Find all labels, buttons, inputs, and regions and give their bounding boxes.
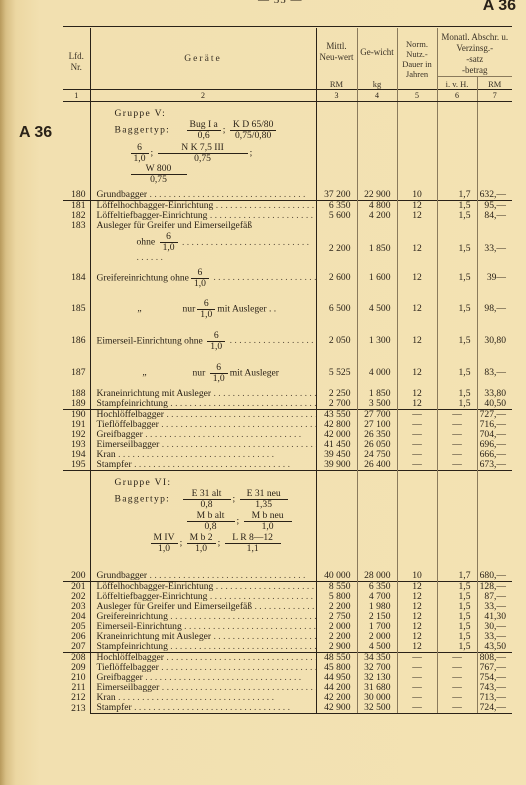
row-betrag: 98,— — [477, 293, 512, 325]
group6-type-label: Baggertyp: — [115, 494, 171, 505]
group5-title: Gruppe V: — [115, 108, 314, 119]
table-row: 195 Stampfer 39 900 26 400 — — 673,— — [63, 460, 512, 471]
row-satz: — — [437, 683, 477, 693]
type-fraction: E 31 alt0,8 — [183, 489, 231, 510]
row-description-line1: Ausleger für Greifer und Eimerseilgefäß — [97, 221, 314, 231]
row-gewicht: 4 700 — [357, 592, 397, 602]
section-tag-side: A 36 — [19, 124, 52, 142]
page-number: — 35 — — [258, 0, 303, 6]
row-description-pre: nur — [183, 303, 196, 314]
row-satz: 1,5 — [437, 263, 477, 293]
row-description: Kraneinrichtung mit Ausleger — [90, 389, 316, 399]
row-satz: 1,5 — [437, 201, 477, 212]
colnum-6: 6 — [437, 90, 477, 102]
type-fraction: Bug I a0,6 — [187, 120, 221, 141]
row-gewicht: 4 500 — [357, 293, 397, 325]
row-dauer: — — [397, 440, 437, 450]
table-row: 213 Stampfer 42 900 32 500 — — 724,— — [63, 703, 512, 714]
row-satz: 1,5 — [437, 592, 477, 602]
row-satz: 1,5 — [437, 221, 477, 263]
row-number: 180 — [63, 190, 90, 201]
row-gewicht: 26 050 — [357, 440, 397, 450]
fraction: 61,0 — [210, 363, 228, 384]
row-number: 193 — [63, 440, 90, 450]
group5-heading: Gruppe V: Baggertyp: Bug I a0,6; K D 65/… — [63, 102, 512, 191]
row-neuwert: 44 950 — [316, 673, 357, 683]
row-satz: 1,5 — [437, 582, 477, 593]
row-betrag: 632,— — [477, 190, 512, 201]
row-neuwert: 2 700 — [316, 399, 357, 410]
row-description: Stampfeinrichtung — [90, 399, 316, 410]
row-gewicht: 1 850 — [357, 221, 397, 263]
group6-heading: Gruppe VI: Baggertyp: E 31 alt0,8; E 31 … — [63, 471, 512, 572]
table-row: 212 Kran 42 200 30 000 — — 713,— — [63, 693, 512, 703]
row-description: Hochlöffelbagger — [90, 653, 316, 664]
row-dauer: — — [397, 420, 437, 430]
row-dauer: — — [397, 673, 437, 683]
row-description: Löffelhochbagger-Einrichtung — [90, 582, 316, 593]
header-neuwert: Mittl. Neu-wert — [316, 28, 357, 77]
row-neuwert: 44 200 — [316, 683, 357, 693]
row-description-post: mit Ausleger — [217, 303, 266, 314]
row-description-post: mit Ausleger — [230, 367, 279, 378]
row-number: 204 — [63, 612, 90, 622]
row-betrag: 33,— — [477, 602, 512, 612]
table-row: 204 Greifereinrichtung 2 750 2 150 12 1,… — [63, 612, 512, 622]
table-row: 209 Tieflöffelbagger 45 800 32 700 — — 7… — [63, 663, 512, 673]
row-description-text: Greifereinrichtung ohne — [97, 272, 189, 283]
row-number: 206 — [63, 632, 90, 642]
row-neuwert: 2 200 — [316, 221, 357, 263]
row-neuwert: 41 450 — [316, 440, 357, 450]
row-description: Eimerseilbagger — [90, 440, 316, 450]
row-satz: — — [437, 693, 477, 703]
table-row: 211 Eimerseilbagger 44 200 31 680 — — 74… — [63, 683, 512, 693]
fraction: 61,0 — [197, 299, 215, 320]
row-gewicht: 34 350 — [357, 653, 397, 664]
row-neuwert: 42 900 — [316, 703, 357, 714]
row-dauer: 12 — [397, 325, 437, 357]
table-row: 205 Eimerseil-Einrichtung 2 000 1 700 12… — [63, 622, 512, 632]
row-betrag: 83,— — [477, 357, 512, 389]
table-row: 189 Stampfeinrichtung 2 700 3 500 12 1,5… — [63, 399, 512, 410]
row-neuwert: 5 800 — [316, 592, 357, 602]
row-gewicht: 2 150 — [357, 612, 397, 622]
type-fraction: K D 65/800,75/0,80 — [230, 120, 277, 141]
header-betrag: -betrag — [456, 65, 494, 76]
row-betrag: 743,— — [477, 683, 512, 693]
colnum-1: 1 — [63, 90, 90, 102]
row-description: Tieflöffelbagger — [90, 663, 316, 673]
header-lfd-nr: Lfd. Nr. — [63, 28, 90, 90]
row-satz: 1,5 — [437, 622, 477, 632]
row-number: 185 — [63, 293, 90, 325]
row-betrag: 33,— — [477, 632, 512, 642]
row-satz: 1,5 — [437, 602, 477, 612]
row-satz: — — [437, 673, 477, 683]
row-neuwert: 39 900 — [316, 460, 357, 471]
row-description: „nur 61,0mit Ausleger — [90, 357, 316, 389]
table-row: 186 Eimerseil-Einrichtung ohne 61,0 2 05… — [63, 325, 512, 357]
row-gewicht: 1 850 — [357, 389, 397, 399]
row-number: 186 — [63, 325, 90, 357]
row-description: Löffelhochbagger-Einrichtung — [90, 201, 316, 212]
row-satz: — — [437, 653, 477, 664]
column-number-row: 1 2 3 4 5 6 7 — [63, 90, 512, 102]
row-number: 202 — [63, 592, 90, 602]
row-betrag: 673,— — [477, 460, 512, 471]
row-satz: 1,5 — [437, 642, 477, 653]
row-gewicht: 4 800 — [357, 201, 397, 212]
table-row: 190 Hochlöffelbagger 43 550 27 700 — — 7… — [63, 410, 512, 421]
row-number: 195 — [63, 460, 90, 471]
row-gewicht: 2 000 — [357, 632, 397, 642]
row-neuwert: 2 900 — [316, 642, 357, 653]
table-row: 191 Tieflöffelbagger 42 800 27 100 — — 7… — [63, 420, 512, 430]
row-betrag: 754,— — [477, 673, 512, 683]
row-neuwert: 45 800 — [316, 663, 357, 673]
row-dauer: 12 — [397, 389, 437, 399]
row-betrag: 43,50 — [477, 642, 512, 653]
row-satz: — — [437, 440, 477, 450]
row-neuwert: 5 600 — [316, 211, 357, 221]
row-satz: — — [437, 420, 477, 430]
row-description: „nur61,0mit Ausleger . . — [90, 293, 316, 325]
row-betrag: 724,— — [477, 703, 512, 714]
table-row: 203 Ausleger für Greifer und Eimerseilge… — [63, 602, 512, 612]
row-dauer: 12 — [397, 612, 437, 622]
table-row: 200 Grundbagger 40 000 28 000 10 1,7 680… — [63, 571, 512, 582]
table-row: 207 Stampfeinrichtung 2 900 4 500 12 1,5… — [63, 642, 512, 653]
row-betrag: 128,— — [477, 582, 512, 593]
row-number: 205 — [63, 622, 90, 632]
row-neuwert: 6 500 — [316, 293, 357, 325]
row-betrag: 33,— — [477, 221, 512, 263]
table-row: 181 Löffelhochbagger-Einrichtung 6 350 4… — [63, 201, 512, 212]
row-number: 191 — [63, 420, 90, 430]
row-betrag: 95,— — [477, 201, 512, 212]
row-description: Greifereinrichtung ohne61,0 — [90, 263, 316, 293]
row-number: 189 — [63, 399, 90, 410]
row-neuwert: 43 550 — [316, 410, 357, 421]
fraction: 61,0 — [191, 268, 209, 289]
row-number: 209 — [63, 663, 90, 673]
row-description: Löffeltiefbagger-Einrichtung — [90, 592, 316, 602]
table-row: 202 Löffeltiefbagger-Einrichtung 5 800 4… — [63, 592, 512, 602]
row-number: 190 — [63, 410, 90, 421]
equipment-table: Lfd. Nr. Geräte Mittl. Neu-wert Ge-wicht… — [63, 28, 512, 714]
row-neuwert: 42 800 — [316, 420, 357, 430]
table-row: 188 Kraneinrichtung mit Ausleger 2 250 1… — [63, 389, 512, 399]
header-satz: -satz — [456, 54, 494, 65]
row-gewicht: 4 500 — [357, 642, 397, 653]
row-number: 200 — [63, 571, 90, 582]
row-description: Ausleger für Greifer und Eimerseilgefäß … — [90, 221, 316, 263]
table-row: 180 Grundbagger 37 200 22 900 10 1,7 632… — [63, 190, 512, 201]
row-dauer: — — [397, 683, 437, 693]
row-number: 181 — [63, 201, 90, 212]
row-satz: — — [437, 460, 477, 471]
row-neuwert: 40 000 — [316, 571, 357, 582]
row-description: Löffeltiefbagger-Einrichtung — [90, 211, 316, 221]
row-satz: — — [437, 410, 477, 421]
group6-title: Gruppe VI: — [115, 477, 314, 488]
row-betrag: 39— — [477, 263, 512, 293]
unit-neuwert: RM — [316, 77, 357, 90]
row-dauer: 12 — [397, 632, 437, 642]
row-description: Hochlöffelbagger — [90, 410, 316, 421]
row-dauer: 10 — [397, 190, 437, 201]
row-description: Greifbagger — [90, 673, 316, 683]
row-satz: 1,5 — [437, 293, 477, 325]
row-dauer: 12 — [397, 399, 437, 410]
row-neuwert: 2 200 — [316, 632, 357, 642]
row-neuwert: 2 200 — [316, 602, 357, 612]
row-dauer: 12 — [397, 263, 437, 293]
type-fraction: 61,0 — [131, 143, 149, 164]
row-description: Eimerseilbagger — [90, 683, 316, 693]
row-neuwert: 42 200 — [316, 693, 357, 703]
row-number: 203 — [63, 602, 90, 612]
row-betrag: 40,50 — [477, 399, 512, 410]
row-number: 182 — [63, 211, 90, 221]
row-number: 183 — [63, 221, 90, 263]
table-row: 210 Greifbagger 44 950 32 130 — — 754,— — [63, 673, 512, 683]
row-gewicht: 26 400 — [357, 460, 397, 471]
row-gewicht: 1 700 — [357, 622, 397, 632]
type-fraction: M b alt0,8 — [187, 511, 235, 532]
row-gewicht: 32 130 — [357, 673, 397, 683]
row-neuwert: 2 750 — [316, 612, 357, 622]
row-description: Greifereinrichtung — [90, 612, 316, 622]
row-gewicht: 22 900 — [357, 190, 397, 201]
row-betrag: 727,— — [477, 410, 512, 421]
colnum-4: 4 — [357, 90, 397, 102]
row-satz: 1,5 — [437, 211, 477, 221]
unit-satz: i. v. H. — [437, 77, 477, 90]
row-number: 212 — [63, 693, 90, 703]
table-header-row: Lfd. Nr. Geräte Mittl. Neu-wert Ge-wicht… — [63, 28, 512, 77]
row-gewicht: 28 000 — [357, 571, 397, 582]
table-row: 182 Löffeltiefbagger-Einrichtung 5 600 4… — [63, 211, 512, 221]
top-rule — [63, 26, 512, 27]
row-gewicht: 6 350 — [357, 582, 397, 593]
ditto-mark: „ — [97, 304, 183, 314]
row-description-text: Eimerseil-Einrichtung ohne — [97, 335, 203, 346]
row-betrag: 716,— — [477, 420, 512, 430]
row-description: Grundbagger — [90, 190, 316, 201]
row-betrag: 666,— — [477, 450, 512, 460]
row-satz: 1,5 — [437, 632, 477, 642]
row-dauer: 12 — [397, 622, 437, 632]
row-number: 213 — [63, 703, 90, 714]
row-gewicht: 31 680 — [357, 683, 397, 693]
row-satz: 1,7 — [437, 190, 477, 201]
row-dauer: 12 — [397, 582, 437, 593]
header-geraete: Geräte — [90, 28, 316, 90]
header-gewicht: Ge-wicht — [357, 28, 397, 77]
row-betrag: 41,30 — [477, 612, 512, 622]
table-row: 208 Hochlöffelbagger 48 550 34 350 — — 8… — [63, 653, 512, 664]
row-satz: — — [437, 430, 477, 440]
row-number: 211 — [63, 683, 90, 693]
row-description-ohne: ohne — [137, 237, 156, 248]
row-dauer: 12 — [397, 642, 437, 653]
table-row: 183 Ausleger für Greifer und Eimerseilge… — [63, 221, 512, 263]
row-gewicht: 1 300 — [357, 325, 397, 357]
row-number: 210 — [63, 673, 90, 683]
row-dauer: — — [397, 460, 437, 471]
row-description: Stampfeinrichtung — [90, 642, 316, 653]
row-number: 188 — [63, 389, 90, 399]
row-number: 207 — [63, 642, 90, 653]
row-satz: 1,5 — [437, 389, 477, 399]
row-neuwert: 2 050 — [316, 325, 357, 357]
row-number: 187 — [63, 357, 90, 389]
table-row: 192 Greifbagger 42 000 26 350 — — 704,— — [63, 430, 512, 440]
row-betrag: 680,— — [477, 571, 512, 582]
type-fraction: M b neu1,0 — [244, 511, 292, 532]
row-satz: 1,7 — [437, 571, 477, 582]
row-gewicht: 30 000 — [357, 693, 397, 703]
row-gewicht: 27 700 — [357, 410, 397, 421]
row-dauer: 12 — [397, 201, 437, 212]
row-number: 194 — [63, 450, 90, 460]
row-gewicht: 32 700 — [357, 663, 397, 673]
row-description: Stampfer — [90, 703, 316, 714]
row-gewicht: 4 000 — [357, 357, 397, 389]
fraction: 61,0 — [207, 331, 225, 352]
row-satz: — — [437, 450, 477, 460]
colnum-5: 5 — [397, 90, 437, 102]
type-fraction: L R 8—121,1 — [225, 533, 281, 554]
row-description: Kraneinrichtung mit Ausleger — [90, 632, 316, 642]
table-row: 184 Greifereinrichtung ohne61,0 2 600 1 … — [63, 263, 512, 293]
type-fraction: W 8000,75 — [131, 164, 187, 185]
table-row: 206 Kraneinrichtung mit Ausleger 2 200 2… — [63, 632, 512, 642]
row-dauer: 12 — [397, 592, 437, 602]
row-dauer: 10 — [397, 571, 437, 582]
row-betrag: 84,— — [477, 211, 512, 221]
row-number: 192 — [63, 430, 90, 440]
row-neuwert: 2 250 — [316, 389, 357, 399]
row-dauer: — — [397, 703, 437, 714]
row-neuwert: 6 350 — [316, 201, 357, 212]
row-neuwert: 42 000 — [316, 430, 357, 440]
row-description: Ausleger für Greifer und Eimerseilgefäß — [90, 602, 316, 612]
row-satz: — — [437, 703, 477, 714]
row-dauer: — — [397, 693, 437, 703]
type-fraction: M b 21,0 — [187, 533, 216, 554]
row-betrag: 33,80 — [477, 389, 512, 399]
row-description: Kran — [90, 693, 316, 703]
row-neuwert: 2 600 — [316, 263, 357, 293]
row-gewicht: 27 100 — [357, 420, 397, 430]
row-neuwert: 48 550 — [316, 653, 357, 664]
row-description: Stampfer — [90, 460, 316, 471]
row-description: Greifbagger — [90, 430, 316, 440]
row-gewicht: 1 980 — [357, 602, 397, 612]
header-abschreibung-label: Monatl. Abschr. u. Verzinsg.- — [441, 32, 508, 53]
row-description: Eimerseil-Einrichtung ohne 61,0 — [90, 325, 316, 357]
table-row: 185 „nur61,0mit Ausleger . . 6 500 4 500… — [63, 293, 512, 325]
row-dauer: 12 — [397, 357, 437, 389]
row-betrag: 30,80 — [477, 325, 512, 357]
row-satz: — — [437, 663, 477, 673]
row-dauer: — — [397, 430, 437, 440]
row-dauer: 12 — [397, 602, 437, 612]
row-betrag: 696,— — [477, 440, 512, 450]
table-row: 194 Kran 39 450 24 750 — — 666,— — [63, 450, 512, 460]
row-dauer: 12 — [397, 293, 437, 325]
row-satz: 1,5 — [437, 399, 477, 410]
table-row: 187 „nur 61,0mit Ausleger 5 525 4 000 12… — [63, 357, 512, 389]
table-row: 201 Löffelhochbagger-Einrichtung 8 550 6… — [63, 582, 512, 593]
row-betrag: 767,— — [477, 663, 512, 673]
row-dauer: 12 — [397, 221, 437, 263]
header-abschreibung: Monatl. Abschr. u. Verzinsg.- -satz-betr… — [437, 28, 512, 77]
row-number: 208 — [63, 653, 90, 664]
row-description: Grundbagger — [90, 571, 316, 582]
fraction: 61,0 — [160, 232, 178, 253]
header-nutzdauer: Norm. Nutz.-Dauer in Jahren — [397, 28, 437, 90]
row-betrag: 30,— — [477, 622, 512, 632]
row-gewicht: 24 750 — [357, 450, 397, 460]
row-betrag: 713,— — [477, 693, 512, 703]
row-number: 184 — [63, 263, 90, 293]
row-satz: 1,5 — [437, 325, 477, 357]
section-tag-top: A 36 — [483, 0, 516, 15]
row-gewicht: 4 200 — [357, 211, 397, 221]
row-description: Kran — [90, 450, 316, 460]
colnum-3: 3 — [316, 90, 357, 102]
row-gewicht: 32 500 — [357, 703, 397, 714]
row-satz: 1,5 — [437, 357, 477, 389]
row-dauer: — — [397, 450, 437, 460]
row-betrag: 808,— — [477, 653, 512, 664]
row-dauer: — — [397, 663, 437, 673]
row-gewicht: 26 350 — [357, 430, 397, 440]
row-description: Tieflöffelbagger — [90, 420, 316, 430]
row-neuwert: 5 525 — [316, 357, 357, 389]
row-description: Eimerseil-Einrichtung — [90, 622, 316, 632]
row-neuwert: 37 200 — [316, 190, 357, 201]
row-betrag: 87,— — [477, 592, 512, 602]
row-betrag: 704,— — [477, 430, 512, 440]
row-gewicht: 3 500 — [357, 399, 397, 410]
colnum-2: 2 — [90, 90, 316, 102]
table-row: 193 Eimerseilbagger 41 450 26 050 — — 69… — [63, 440, 512, 450]
unit-betrag: RM — [477, 77, 512, 90]
row-neuwert: 39 450 — [316, 450, 357, 460]
row-dauer: — — [397, 410, 437, 421]
row-satz: 1,5 — [437, 612, 477, 622]
row-dauer: 12 — [397, 211, 437, 221]
type-fraction: N K 7,5 III0,75 — [158, 143, 248, 164]
row-dauer: — — [397, 653, 437, 664]
row-description-pre: nur — [193, 367, 206, 378]
group5-type-label: Baggertyp: — [115, 125, 171, 136]
colnum-7: 7 — [477, 90, 512, 102]
unit-gewicht: kg — [357, 77, 397, 90]
row-neuwert: 8 550 — [316, 582, 357, 593]
row-neuwert: 2 000 — [316, 622, 357, 632]
ditto-mark: „ — [97, 368, 193, 378]
type-fraction: M IV1,0 — [151, 533, 178, 554]
row-gewicht: 1 600 — [357, 263, 397, 293]
type-fraction: E 31 neu1,35 — [240, 489, 288, 510]
row-number: 201 — [63, 582, 90, 593]
